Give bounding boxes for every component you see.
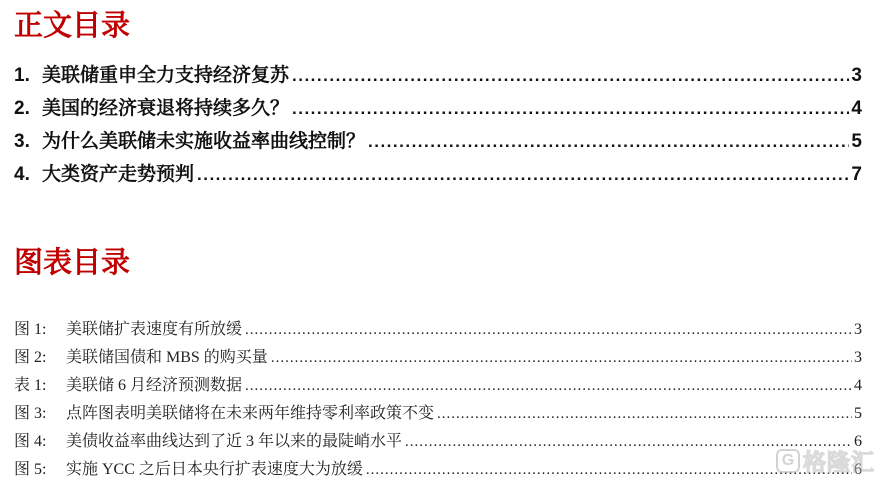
gelonghui-logo-icon: G: [776, 449, 800, 473]
figure-entry-page: 3: [852, 316, 862, 343]
toc-entry-number: 3.: [14, 125, 42, 158]
main-toc-title: 正文目录: [14, 10, 862, 42]
figure-entry-number: 图 4:: [14, 428, 66, 455]
figure-entry-2[interactable]: 图 2: 美联储国债和 MBS 的购买量 ...................…: [14, 344, 862, 372]
figure-entry-label: 美联储国债和 MBS 的购买量: [66, 344, 271, 371]
table-entry-page: 4: [852, 372, 862, 399]
gelonghui-watermark: G 格隆汇: [776, 444, 875, 477]
main-toc-list: 1. 美联储重申全力支持经济复苏 .......................…: [14, 59, 862, 191]
dot-leader: ........................................…: [271, 345, 852, 372]
toc-entry-2[interactable]: 2. 美国的经济衰退将持续多久？ .......................…: [14, 92, 862, 125]
toc-entry-1[interactable]: 1. 美联储重申全力支持经济复苏 .......................…: [14, 59, 862, 92]
toc-entry-page: 3: [849, 59, 862, 92]
toc-entry-label: 大类资产走势预判: [42, 158, 197, 191]
dot-leader: ........................................…: [245, 317, 852, 344]
toc-entry-page: 5: [849, 125, 862, 158]
figure-toc-title: 图表目录: [14, 247, 862, 279]
gelonghui-brand-text: 格隆汇: [803, 444, 875, 477]
figure-entry-4[interactable]: 图 4: 美债收益率曲线达到了近 3 年以来的最陡峭水平 ...........…: [14, 428, 862, 456]
figure-entry-page: 5: [852, 400, 862, 427]
toc-entry-number: 4.: [14, 158, 42, 191]
figure-entry-label: 实施 YCC 之后日本央行扩表速度大为放缓: [66, 456, 366, 479]
toc-entry-4[interactable]: 4. 大类资产走势预判 ............................…: [14, 158, 862, 191]
toc-entry-page: 4: [849, 92, 862, 125]
toc-entry-number: 1.: [14, 59, 42, 92]
figure-entry-number: 图 2:: [14, 344, 66, 371]
figure-entry-3[interactable]: 图 3: 点阵图表明美联储将在未来两年维持零利率政策不变 ...........…: [14, 400, 862, 428]
dot-leader: ........................................…: [368, 125, 849, 158]
table-entry-number: 表 1:: [14, 372, 66, 399]
toc-entry-label: 美国的经济衰退将持续多久？: [42, 92, 292, 125]
toc-entry-page: 7: [849, 158, 862, 191]
figure-entry-number: 图 3:: [14, 400, 66, 427]
figure-entry-1[interactable]: 图 1: 美联储扩表速度有所放缓 .......................…: [14, 316, 862, 344]
table-entry-label: 美联储 6 月经济预测数据: [66, 372, 245, 399]
toc-entry-label: 为什么美联储未实施收益率曲线控制？: [42, 125, 368, 158]
toc-page: 正文目录 1. 美联储重申全力支持经济复苏 ..................…: [0, 0, 877, 479]
dot-leader: ........................................…: [197, 158, 849, 191]
toc-entry-number: 2.: [14, 92, 42, 125]
figure-entry-page: 3: [852, 344, 862, 371]
dot-leader: ........................................…: [437, 401, 852, 428]
dot-leader: ........................................…: [292, 59, 849, 92]
figure-entry-label: 美联储扩表速度有所放缓: [66, 316, 245, 343]
figure-entry-number: 图 5:: [14, 456, 66, 479]
toc-entry-3[interactable]: 3. 为什么美联储未实施收益率曲线控制？ ...................…: [14, 125, 862, 158]
table-entry-1[interactable]: 表 1: 美联储 6 月经济预测数据 .....................…: [14, 372, 862, 400]
toc-entry-label: 美联储重申全力支持经济复苏: [42, 59, 292, 92]
dot-leader: ........................................…: [292, 92, 849, 125]
figure-entry-label: 点阵图表明美联储将在未来两年维持零利率政策不变: [66, 400, 437, 427]
figure-toc-list: 图 1: 美联储扩表速度有所放缓 .......................…: [14, 316, 862, 479]
figure-entry-number: 图 1:: [14, 316, 66, 343]
dot-leader: ........................................…: [245, 373, 852, 400]
figure-entry-5[interactable]: 图 5: 实施 YCC 之后日本央行扩表速度大为放缓 .............…: [14, 456, 862, 479]
figure-entry-label: 美债收益率曲线达到了近 3 年以来的最陡峭水平: [66, 428, 405, 455]
